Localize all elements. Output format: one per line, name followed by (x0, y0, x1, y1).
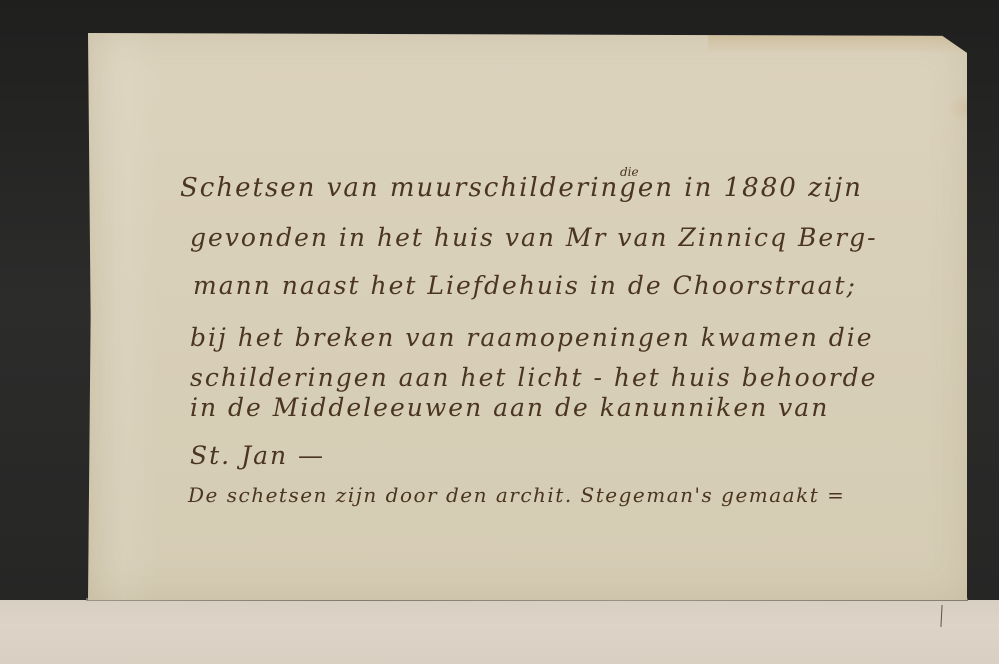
text-line-3: mann naast het Liefdehuis in de Choorstr… (193, 271, 857, 300)
text-line-6: in de Middeleeuwen aan de kanunniken van (190, 393, 829, 422)
text-line-7: St. Jan — (190, 441, 325, 470)
mat-board (0, 600, 999, 664)
handwritten-text-block: die Schetsen van muurschilderingen in 18… (88, 33, 967, 600)
text-line-2: gevonden in het huis van Mr van Zinnicq … (190, 223, 878, 252)
text-line-1: Schetsen van muurschilderingen in 1880 z… (180, 173, 863, 203)
text-line-5: schilderingen aan het licht - het huis b… (190, 363, 877, 392)
text-line-4: bij het breken van raamopeningen kwamen … (190, 323, 874, 352)
text-line-8: De schetsen zijn door den archit. Stegem… (188, 483, 845, 507)
